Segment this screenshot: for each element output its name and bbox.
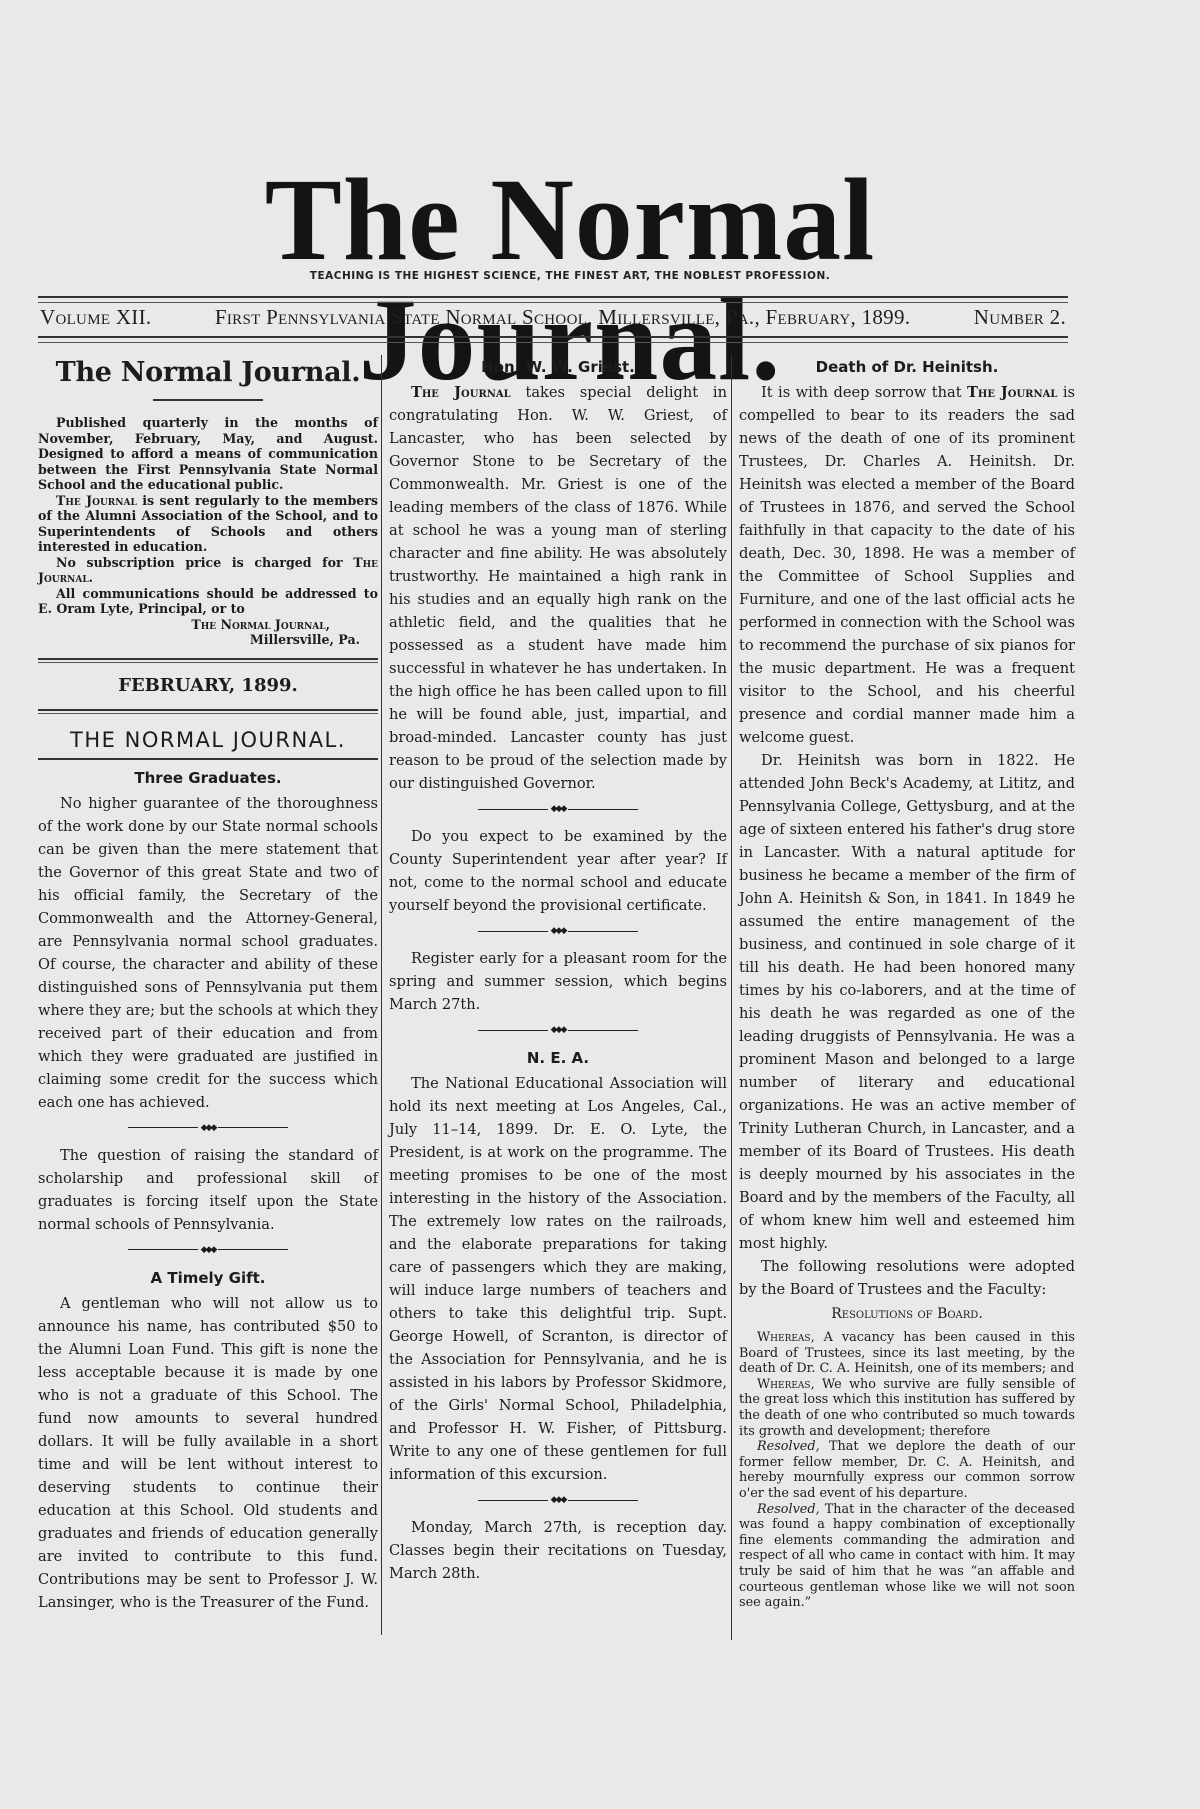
address-line-1: The Normal Journal,: [38, 617, 378, 633]
column-3: Death of Dr. Heinitsh. It is with deep s…: [739, 355, 1075, 1611]
article-body: Dr. Heinitsh was born in 1822. He attend…: [739, 749, 1075, 1255]
info-paragraph: No subscription price is charged for The…: [38, 555, 378, 586]
resolution-item: Resolved, That we deplore the death of o…: [739, 1439, 1075, 1501]
article-body: A gentleman who will not allow us to ann…: [38, 1292, 378, 1614]
short-rule: [153, 399, 263, 401]
resolution-item: Resolved, That in the character of the d…: [739, 1502, 1075, 1611]
article-body: Do you expect to be examined by the Coun…: [389, 825, 727, 917]
ornament-divider: ◆◆◆: [38, 1242, 378, 1258]
issue-number: Number 2.: [974, 305, 1066, 330]
section-rule: [38, 658, 378, 663]
diamond-ornament-icon: ◆◆◆: [198, 1123, 219, 1133]
info-paragraph: The Journal is sent regularly to the mem…: [38, 493, 378, 555]
column-2: Hon. W. W. Griest. The Journal takes spe…: [389, 355, 727, 1585]
diamond-ornament-icon: ◆◆◆: [548, 1495, 569, 1505]
volume-label: Volume XII.: [40, 305, 151, 330]
column-divider-1: [381, 355, 382, 1635]
column-divider-2: [731, 355, 732, 1640]
article-heading: Three Graduates.: [38, 766, 378, 790]
column-1: The Normal Journal. Published quarterly …: [38, 355, 378, 1614]
dateline: Volume XII. First Pennsylvania State Nor…: [40, 305, 1066, 330]
diamond-ornament-icon: ◆◆◆: [548, 926, 569, 936]
resolutions-heading: Resolutions of Board.: [739, 1303, 1075, 1326]
article-body: The National Educational Association wil…: [389, 1072, 727, 1486]
masthead-rule-top: [38, 296, 1068, 303]
info-paragraph: All communications should be addressed t…: [38, 586, 378, 617]
article-heading: A Timely Gift.: [38, 1266, 378, 1290]
ornament-divider: ◆◆◆: [389, 1492, 727, 1508]
resolution-item: Whereas, We who survive are fully sensib…: [739, 1377, 1075, 1439]
article-heading: Hon. W. W. Griest.: [389, 355, 727, 379]
article-body: It is with deep sorrow that The Journal …: [739, 381, 1075, 749]
ornament-divider: ◆◆◆: [38, 1120, 378, 1136]
diamond-ornament-icon: ◆◆◆: [548, 1025, 569, 1035]
resolution-item: Whereas, A vacancy has been caused in th…: [739, 1330, 1075, 1377]
diamond-ornament-icon: ◆◆◆: [548, 804, 569, 814]
journal-info-title: The Normal Journal.: [38, 355, 378, 391]
resolutions-block: Whereas, A vacancy has been caused in th…: [739, 1330, 1075, 1611]
issue-date: FEBRUARY, 1899.: [38, 673, 378, 699]
article-body: Register early for a pleasant room for t…: [389, 947, 727, 1016]
article-body: The question of raising the standard of …: [38, 1144, 378, 1236]
section-title: THE NORMAL JOURNAL.: [38, 724, 378, 760]
diamond-ornament-icon: ◆◆◆: [198, 1245, 219, 1255]
article-body: The Journal takes special delight in con…: [389, 381, 727, 795]
article-body: The following resolutions were adopted b…: [739, 1255, 1075, 1301]
article-body: Monday, March 27th, is reception day. Cl…: [389, 1516, 727, 1585]
newspaper-page: The Normal Journal. TEACHING IS THE HIGH…: [0, 0, 1200, 1809]
journal-info-block: Published quarterly in the months of Nov…: [38, 415, 378, 648]
info-paragraph: Published quarterly in the months of Nov…: [38, 415, 378, 493]
masthead-motto: TEACHING IS THE HIGHEST SCIENCE, THE FIN…: [70, 270, 1070, 282]
address-line-2: Millersville, Pa.: [38, 632, 378, 648]
article-heading: Death of Dr. Heinitsh.: [739, 355, 1075, 379]
ornament-divider: ◆◆◆: [389, 923, 727, 939]
article-heading: N. E. A.: [389, 1046, 727, 1070]
article-body: No higher guarantee of the thoroughness …: [38, 792, 378, 1114]
publisher-line: First Pennsylvania State Normal School, …: [215, 305, 910, 330]
section-rule: [38, 709, 378, 714]
masthead-rule-bottom: [38, 336, 1068, 343]
ornament-divider: ◆◆◆: [389, 801, 727, 817]
ornament-divider: ◆◆◆: [389, 1022, 727, 1038]
